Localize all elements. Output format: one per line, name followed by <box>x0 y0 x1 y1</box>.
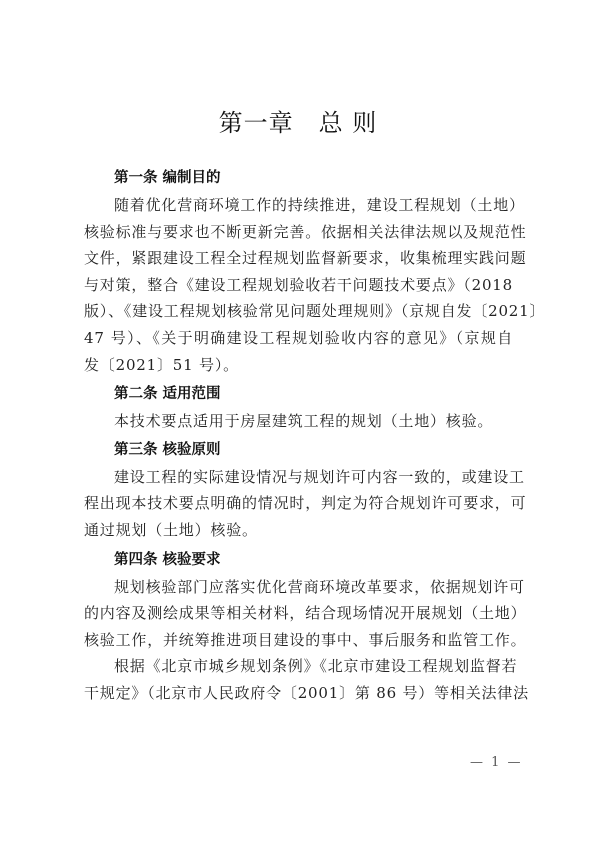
paragraph-line: 的内容及测绘成果等相关材料，结合现场情况开展规划（土地） <box>84 600 513 627</box>
paragraph-line: 建设工程的实际建设情况与规划许可内容一致的，或建设工 <box>84 464 513 491</box>
paragraph-line: 与对策，整合《建设工程规划验收若干问题技术要点》（2018 <box>84 272 513 299</box>
paragraph-line: 干规定》（北京市人民政府令〔2001〕第 86 号）等相关法律法 <box>84 680 513 707</box>
paragraph-line: 根据《北京市城乡规划条例》《北京市建设工程规划监督若 <box>84 653 513 680</box>
document-page: 第一章 总 则 第一条 编制目的 随着优化营商环境工作的持续推进，建设工程规划（… <box>0 0 596 842</box>
article-paragraph: 本技术要点适用于房屋建筑工程的规划（土地）核验。 <box>84 408 513 435</box>
article-heading: 第三条 核验原则 <box>84 437 513 464</box>
paragraph-line: 文件，紧跟建设工程全过程规划监督新要求，收集梳理实践问题 <box>84 245 513 272</box>
paragraph-line: 核验工作，并统筹推进项目建设的事中、事后服务和监管工作。 <box>84 627 513 654</box>
article-paragraph: 随着优化营商环境工作的持续推进，建设工程规划（土地） 核验标准与要求也不断更新完… <box>84 192 513 378</box>
paragraph-line: 核验标准与要求也不断更新完善。依据相关法律法规以及规范性 <box>84 219 513 246</box>
chapter-title: 第一章 总 则 <box>0 103 596 138</box>
article-heading: 第四条 核验要求 <box>84 547 513 574</box>
paragraph-line: 随着优化营商环境工作的持续推进，建设工程规划（土地） <box>84 192 513 219</box>
paragraph-line: 程出现本技术要点明确的情况时，判定为符合规划许可要求，可 <box>84 490 513 517</box>
paragraph-line: 47 号）、《关于明确建设工程规划验收内容的意见》（京规自 <box>84 325 513 352</box>
paragraph-line: 通过规划（土地）核验。 <box>84 517 513 544</box>
paragraph-line: 本技术要点适用于房屋建筑工程的规划（土地）核验。 <box>84 408 513 435</box>
article-paragraph: 根据《北京市城乡规划条例》《北京市建设工程规划监督若 干规定》（北京市人民政府令… <box>84 653 513 706</box>
paragraph-line: 发〔2021〕51 号）。 <box>84 352 513 379</box>
article-heading: 第一条 编制目的 <box>84 165 513 192</box>
page-number: — 1 — <box>470 755 523 770</box>
paragraph-line: 规划核验部门应落实优化营商环境改革要求，依据规划许可 <box>84 574 513 601</box>
article-heading: 第二条 适用范围 <box>84 381 513 408</box>
document-body: 第一条 编制目的 随着优化营商环境工作的持续推进，建设工程规划（土地） 核验标准… <box>84 165 513 707</box>
article-paragraph: 规划核验部门应落实优化营商环境改革要求，依据规划许可 的内容及测绘成果等相关材料… <box>84 574 513 654</box>
article-paragraph: 建设工程的实际建设情况与规划许可内容一致的，或建设工 程出现本技术要点明确的情况… <box>84 464 513 544</box>
paragraph-line: 版）、《建设工程规划核验常见问题处理规则》（京规自发〔2021〕 <box>84 298 513 325</box>
